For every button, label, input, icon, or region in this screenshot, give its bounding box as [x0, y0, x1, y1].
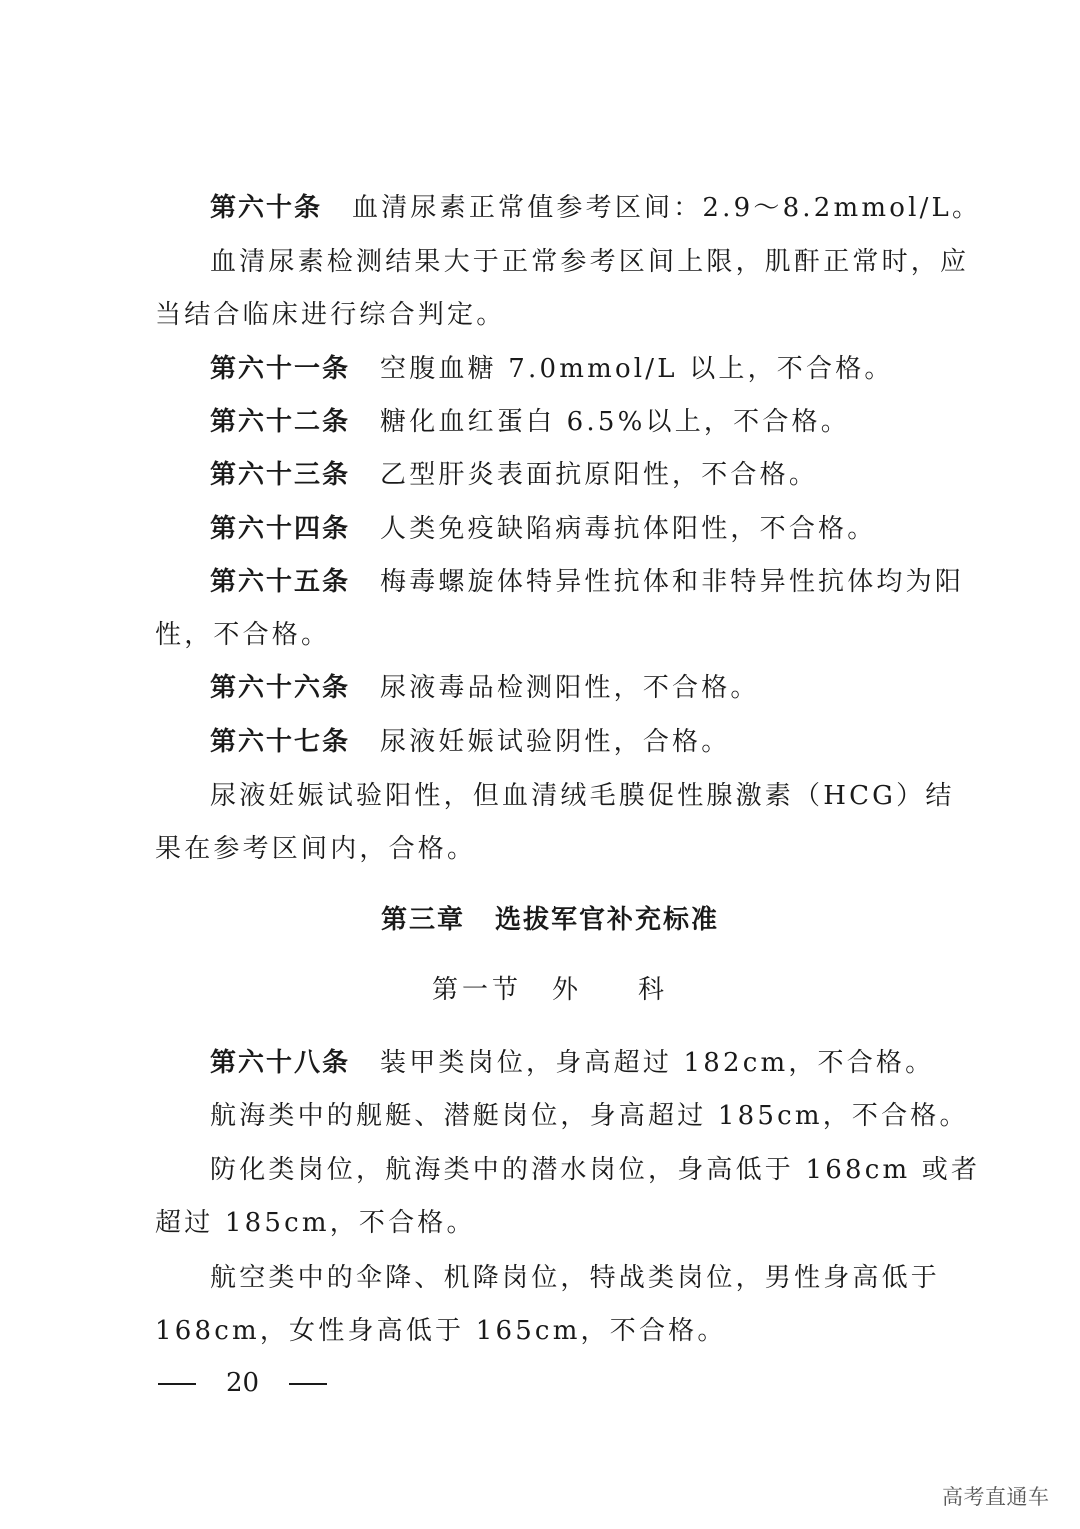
- article-label: 第六十六条: [210, 673, 350, 703]
- dash-right: [289, 1383, 327, 1385]
- article-text: 性，不合格。: [155, 620, 330, 650]
- article-label: 第六十条: [210, 193, 322, 223]
- paragraph-aviation-height-cont: 168cm，女性身高低于 165cm，不合格。: [155, 1315, 955, 1347]
- article-label: 第六十七条: [210, 727, 350, 757]
- article-label: 第六十一条: [210, 354, 350, 384]
- chapter-number: 第三章: [381, 905, 465, 935]
- article-66: 第六十六条尿液毒品检测阳性，不合格。: [210, 672, 1010, 704]
- article-67: 第六十七条尿液妊娠试验阴性，合格。: [210, 726, 1010, 758]
- article-65-cont: 性，不合格。: [155, 619, 955, 651]
- article-text: 梅毒螺旋体特异性抗体和非特异性抗体均为阳: [380, 567, 964, 597]
- paragraph-chemical-height: 防化类岗位，航海类中的潜水岗位，身高低于 168cm 或者: [210, 1154, 1010, 1186]
- paragraph-urea-note-cont: 当结合临床进行综合判定。: [155, 299, 955, 331]
- paragraph-text: 尿液妊娠试验阳性，但血清绒毛膜促性腺激素（HCG）结: [210, 781, 955, 811]
- article-label: 第六十四条: [210, 514, 350, 544]
- paragraph-text: 果在参考区间内，合格。: [155, 834, 476, 864]
- article-62: 第六十二条糖化血红蛋白 6.5%以上，不合格。: [210, 406, 1010, 438]
- article-text: 空腹血糖 7.0mmol/L 以上，不合格。: [380, 354, 894, 384]
- paragraph-urea-note: 血清尿素检测结果大于正常参考区间上限，肌酐正常时，应: [210, 246, 1010, 278]
- article-text: 尿液毒品检测阳性，不合格。: [380, 673, 760, 703]
- paragraph-hcg-note: 尿液妊娠试验阳性，但血清绒毛膜促性腺激素（HCG）结: [210, 780, 1010, 812]
- paragraph-hcg-note-cont: 果在参考区间内，合格。: [155, 833, 955, 865]
- section-title-part2: 科: [638, 975, 668, 1005]
- paragraph-text: 防化类岗位，航海类中的潜水岗位，身高低于 168cm 或者: [210, 1155, 980, 1185]
- article-65: 第六十五条梅毒螺旋体特异性抗体和非特异性抗体均为阳: [210, 566, 1010, 598]
- section-title-part1: 外: [552, 975, 582, 1005]
- dash-left: [158, 1383, 196, 1385]
- article-60: 第六十条血清尿素正常值参考区间：2.9～8.2mmol/L。: [210, 192, 1010, 224]
- document-page: 第六十条血清尿素正常值参考区间：2.9～8.2mmol/L。 血清尿素检测结果大…: [0, 0, 1080, 1529]
- article-text: 乙型肝炎表面抗原阳性，不合格。: [380, 460, 818, 490]
- paragraph-chemical-height-cont: 超过 185cm，不合格。: [155, 1207, 955, 1239]
- watermark: 高考直通车: [942, 1481, 1050, 1511]
- section-number: 第一节: [432, 975, 522, 1005]
- paragraph-text: 航海类中的舰艇、潜艇岗位，身高超过 185cm，不合格。: [210, 1101, 969, 1131]
- article-label: 第六十五条: [210, 567, 350, 597]
- article-text: 装甲类岗位，身高超过 182cm，不合格。: [380, 1048, 934, 1078]
- article-text: 糖化血红蛋白 6.5%以上，不合格。: [380, 407, 850, 437]
- article-64: 第六十四条人类免疫缺陷病毒抗体阳性，不合格。: [210, 513, 1010, 545]
- article-text: 血清尿素正常值参考区间：2.9～8.2mmol/L。: [352, 193, 981, 223]
- paragraph-text: 航空类中的伞降、机降岗位，特战类岗位，男性身高低于: [210, 1263, 940, 1293]
- article-label: 第六十二条: [210, 407, 350, 437]
- paragraph-aviation-height: 航空类中的伞降、机降岗位，特战类岗位，男性身高低于: [210, 1262, 1010, 1294]
- article-63: 第六十三条乙型肝炎表面抗原阳性，不合格。: [210, 459, 1010, 491]
- page-number-value: 20: [226, 1367, 259, 1399]
- chapter-heading: 第三章选拔军官补充标准: [0, 904, 1080, 936]
- article-label: 第六十八条: [210, 1048, 350, 1078]
- article-label: 第六十三条: [210, 460, 350, 490]
- paragraph-text: 当结合临床进行综合判定。: [155, 300, 505, 330]
- article-61: 第六十一条空腹血糖 7.0mmol/L 以上，不合格。: [210, 353, 1010, 385]
- article-68: 第六十八条装甲类岗位，身高超过 182cm，不合格。: [210, 1047, 1010, 1079]
- paragraph-text: 168cm，女性身高低于 165cm，不合格。: [155, 1316, 727, 1346]
- paragraph-naval-height: 航海类中的舰艇、潜艇岗位，身高超过 185cm，不合格。: [210, 1100, 1010, 1132]
- page-number: 20: [158, 1367, 327, 1399]
- chapter-title: 选拔军官补充标准: [495, 905, 719, 935]
- paragraph-text: 血清尿素检测结果大于正常参考区间上限，肌酐正常时，应: [210, 247, 969, 277]
- section-heading: 第一节外科: [0, 974, 1080, 1006]
- article-text: 尿液妊娠试验阴性，合格。: [380, 727, 730, 757]
- article-text: 人类免疫缺陷病毒抗体阳性，不合格。: [380, 514, 876, 544]
- paragraph-text: 超过 185cm，不合格。: [155, 1208, 476, 1238]
